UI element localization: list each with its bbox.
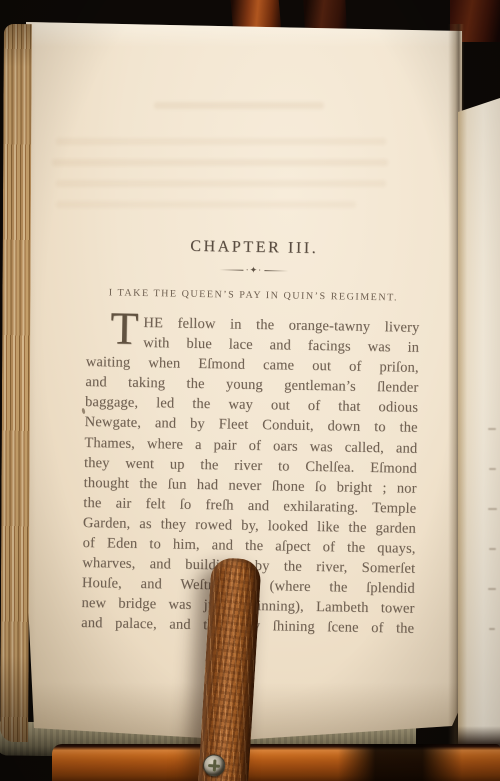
facing-page-ghost-text [489,548,496,550]
chapter-ornament: ·✦· [87,263,420,278]
printed-text-block: CHAPTER III. ·✦· I TAKE THE QUEEN’S PAY … [88,236,421,242]
easel-wood-ledge [52,744,500,781]
facing-page-ghost-text [489,628,495,630]
photo-of-antique-book-page: CHAPTER III. ·✦· I TAKE THE QUEEN’S PAY … [0,0,500,781]
chapter-heading: CHAPTER III. [88,236,421,260]
show-through-text [52,159,388,166]
facing-page-ghost-text [488,428,496,430]
ledge-shadow [338,744,462,781]
ornament-rule-right [264,270,288,271]
show-through-text [56,201,356,208]
background-wood-post [303,0,347,31]
facing-page-ghost-text [489,468,496,470]
show-through-text [56,138,386,145]
ornament-rule-left [220,269,244,270]
screw-slot [213,759,217,771]
page-block-fore-edge [0,24,32,742]
show-through-text [154,102,324,109]
facing-page-sliver [458,98,500,760]
facing-page-ghost-text [488,588,496,590]
facing-page-ghost-text [488,508,497,510]
chapter-subtitle: I TAKE THE QUEEN’S PAY IN QUIN’S REGIMEN… [87,287,420,304]
ornament-glyph: ·✦· [244,266,265,275]
screw-head [202,754,225,777]
show-through-text [56,180,386,187]
